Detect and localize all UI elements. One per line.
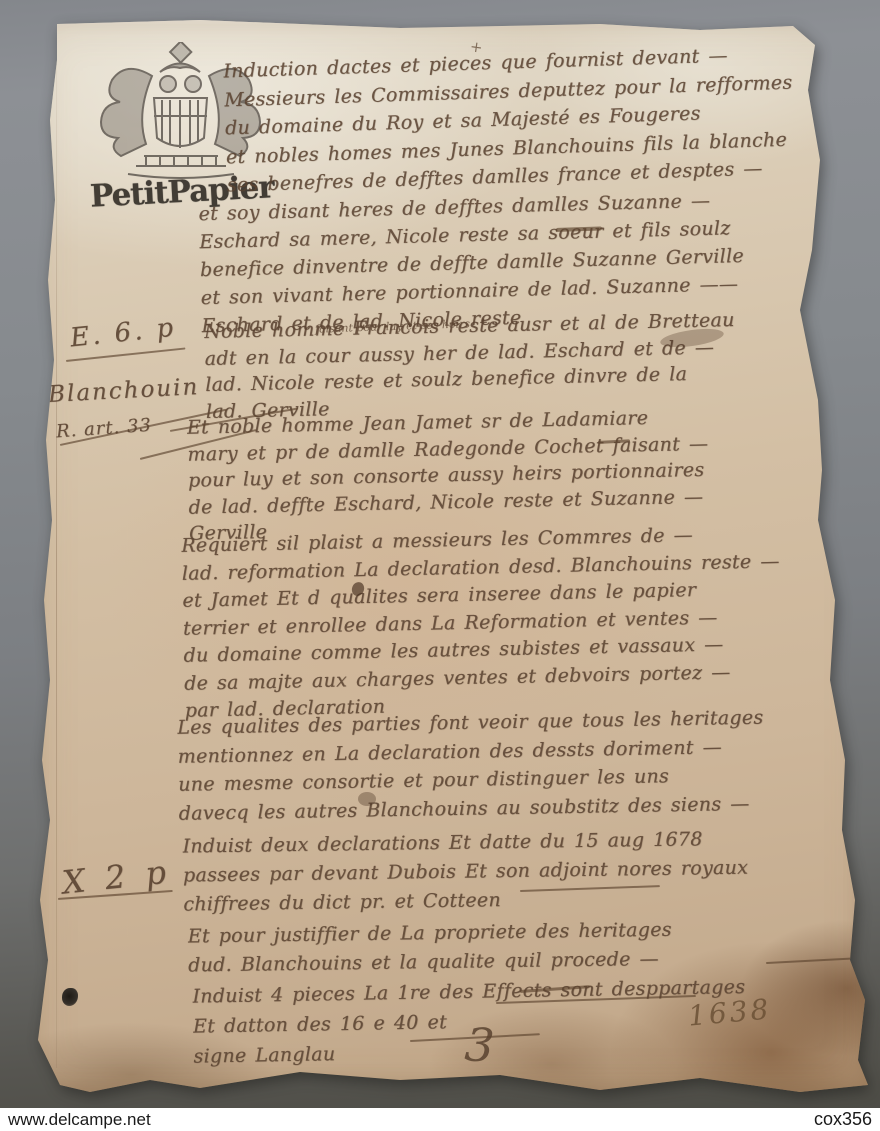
paper-hole <box>62 988 78 1006</box>
margin-note-name: Blanchouin <box>47 374 199 408</box>
photo-scene: PetitPapier + Induction dactes et pieces… <box>0 0 880 1131</box>
watermark-seller-text: cox356 <box>814 1109 872 1130</box>
ink-blot <box>358 792 376 806</box>
watermark-bar: www.delcampe.net cox356 <box>0 1108 880 1131</box>
manuscript-paragraph-5: Requiert sil plaist a messieurs les Comm… <box>181 519 835 725</box>
manuscript-paragraph-6: Les qualites des parties font veoir que … <box>177 702 844 828</box>
margin-note-tax: E. 6. p <box>69 313 178 354</box>
paper-shadow-wrap: PetitPapier + Induction dactes et pieces… <box>0 0 880 1131</box>
manuscript-paragraph-8: Et pour justiffier de La propriete des h… <box>188 914 829 981</box>
manuscript-paragraph-1: Induction dactes et pieces que fournist … <box>223 39 827 200</box>
fold-crease <box>56 58 57 1068</box>
manuscript-paper: PetitPapier + Induction dactes et pieces… <box>30 18 872 1096</box>
manuscript-paragraph-7: Induist deux declarations Et datte du 15… <box>182 823 833 919</box>
watermark-site-text: www.delcampe.net <box>8 1110 151 1130</box>
paraph-flourish: 3 <box>463 1017 496 1073</box>
